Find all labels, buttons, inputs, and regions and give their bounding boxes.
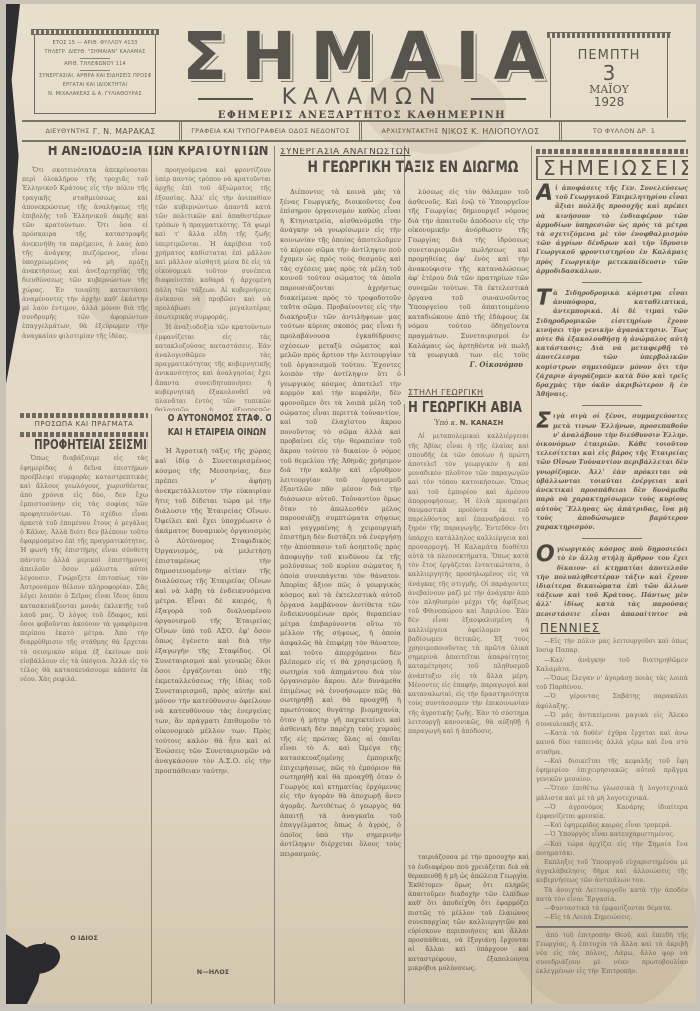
penny-item: —Φανταστικά τὰ ἐμφανίζονται θέματα. xyxy=(536,904,688,913)
lead-col-1: Ὅτι σκοτεινότατα ἀπεκρίνονται περί ὁλοκλ… xyxy=(22,166,148,398)
note-divider xyxy=(582,405,642,406)
penny-item: —Κατὰ τὰ δυθέν' ἐχθρα ἔρχεται καὶ ἀνω κα… xyxy=(536,729,688,757)
info-phone: ΑΡΙΘ. ΤΗΛΕΦΩΝΟΥ 114 xyxy=(39,60,151,69)
penny-item: —Ὁ Ὑπουργὸς εἶναι κατευχαριστημένος. xyxy=(536,830,688,839)
penny-item: —Ὅταν ἑπιθέτω γλωσσικὰ ἢ λογοτεχνικὰ μάλ… xyxy=(536,784,688,802)
note-item: Τὰ Σιδηροδρομικὰ κόμιστρα εἶναι ἀνυπόφορ… xyxy=(536,289,688,399)
drop-cap: Τ xyxy=(536,289,551,309)
wine-signature: Ν—ΗΛΟΣ xyxy=(161,968,265,977)
lead-headline: Η ΑΝΞΙΟΔΟΞΙΑ ΤΩΝ ΚΡΑΤΟΥΝΤΩΝ xyxy=(48,146,245,155)
rule xyxy=(536,926,688,928)
masthead: ΕΤΟΣ 15 — ΑΡΙΘ. ΦΥΛΛΟΥ 4133 ΤΗΛΕΓΡ. ΔΙΕΥ… xyxy=(22,22,692,132)
staff-strip: ΔΙΕΥΘΥΝΤΗΣΓ. Ν. ΜΑΡΑΚΑΣ ΓΡΑΦΕΙΑ ΚΑΙ ΤΥΠΟ… xyxy=(22,120,686,142)
subtitle-rule xyxy=(471,98,526,100)
prophecies-headline: ΠΡΟΦΗΤΕΙΑΙ ΣΕΙΣΜΙΚΑΙ xyxy=(34,441,134,450)
wine-headline-2: ΚΑΙ Η ΕΤΑΙΡΕΙΑ ΟΙΝΩΝ xyxy=(168,426,258,440)
persecution-body-b: λύσεως εἰς τὸν θάλαμον τοῦ ἀσθενοῦς. Καὶ… xyxy=(408,188,529,358)
persecution-headline: Η ΓΕΩΡΓΙΚΗ ΤΑΞΙΣ ΕΝ ΔΙΩΓΜΩ xyxy=(308,157,503,177)
persecution-col-a: Διέποντες τὰ κοινὰ μὰς τὰ ξένας Γεωργικῆ… xyxy=(280,188,401,1004)
penny-item: Εκπληξις τοῦ Ὑπουργοῦ εὐχαριστημένου μὲ … xyxy=(536,858,688,886)
newspaper-subtitle: ΚΑΛΑΜΩΝ xyxy=(282,85,443,110)
notes-title: ΣΗΜΕΙΩΣΕΙΣ xyxy=(536,157,688,179)
prophecies-signature: Ο ΙΔΙΟΣ xyxy=(26,934,142,943)
persecution-kicker: ΣΥΝΕΡΓΑΣΙΑ ΑΝΑΓΝΩΣΤΩΝ xyxy=(280,148,530,157)
pennies-column: ΠΕΝΝΙΕΣ —Εἰς τὴν πόλιν μας λειτουργοῦσι … xyxy=(536,620,688,1004)
drop-cap: Ο xyxy=(536,545,555,565)
persecution-col-b: λύσεως εἰς τὸν θάλαμον τοῦ ἀσθενοῦς. Καὶ… xyxy=(408,188,529,388)
note-item: Ογεωργικὸς κόσμος ποὺ δημοσιεύει τὸ ἐν ἄ… xyxy=(536,545,688,616)
note-text: ἱ ἀποφάσεις τῆς Γεν. Συνελεύσεως τοῦ Γεω… xyxy=(536,185,688,275)
column-rule xyxy=(531,146,532,1004)
wine-article: Ο ΑΥΤΟΝΟΜΟΣ ΣΤΑΦ. ΟΡΓΑΝΙΣΜΟΣ ΚΑΙ Η ΕΤΑΙΡ… xyxy=(155,412,271,1004)
note-divider xyxy=(582,282,642,283)
penny-item: —Εἰς τὰ Λοιπὰ Σημειώσεις. xyxy=(536,913,688,922)
aviation-article: ΣΤΗΛΗ ΓΕΩΡΓΙΚΗ Η ΓΕΩΡΓΙΚΗ ΑΒΙΑ Ὑπὸ κ. Ν.… xyxy=(408,388,529,1004)
notes-header: ΣΗΜΕΙΩΣΕΙΣ xyxy=(536,156,688,180)
editor: ΑΡΧΙΣΥΝΤΑΚΤΗΣΝΙΚΟΣ Κ. ΗΛΙΟΠΟΥΛΟΣ xyxy=(362,122,562,140)
date-box: ΠΕΜΠΤΗ 3 ΜΑΪΟΥ 1928 xyxy=(550,38,668,118)
director-name: Γ. Ν. ΜΑΡΑΚΑΣ xyxy=(93,127,156,136)
byline-prefix: Ὑπὸ κ. xyxy=(434,419,458,427)
column-rule xyxy=(274,146,275,1004)
persecution-body-a: Διέποντες τὰ κοινὰ μὰς τὰ ξένας Γεωργικῆ… xyxy=(280,188,401,860)
penny-item: —Καὶ διοικεῖται τῆς κεφαλῆς τοῦ ἔφη ἐφημ… xyxy=(536,757,688,785)
penny-item: Τὰ ἀνοιχτὰ Λειτουργοῦν κατὰ τὴν ἀποδὲν κ… xyxy=(536,886,688,904)
aviation-body: Αἱ μεταπολεμικαὶ καλλιέργειαι τῆς Ἀβίας … xyxy=(408,432,529,852)
info-issue: ΕΤΟΣ 15 — ΑΡΙΘ. ΦΥΛΛΟΥ 4133 xyxy=(39,39,151,48)
aviation-kicker: ΣΤΗΛΗ ΓΕΩΡΓΙΚΗ xyxy=(408,388,529,397)
pennies-title: ΠΕΝΝΙΕΣ xyxy=(540,624,688,633)
editor-name: ΝΙΚΟΣ Κ. ΗΛΙΟΠΟΥΛΟΣ xyxy=(442,127,540,136)
aviation-body-end: ταιριάζουσα μὲ τὴν προσοχὴν καὶ τὸ ἐνδια… xyxy=(408,853,529,973)
pennies-tail: ἀπὸ τοῦ ἐπιτροπήν Θεοῦ, καὶ ἐπειδὴ τῆς Γ… xyxy=(536,931,688,977)
info-owners: Ν. ΜΙΧΑΛΑΚΕΑΣ & Α. ΓΥΛΙΑΘΟΥΡΑΣ xyxy=(39,90,151,99)
lead-col-2: προηγούμενα καὶ φροντίζουν ὑπὲρ παντὸς τ… xyxy=(155,166,271,411)
persecution-signature: Γ. Οἰκονόμου xyxy=(414,360,523,369)
penny-item: —Ὁ ἀγρονόμος Κανάρης ἰδιαίτερα ἐμφανίζετ… xyxy=(536,803,688,821)
info-contributions: ΣΥΝΕΡΓΑΣΙΑΙ, ΑΡΘΡΑ ΚΑΙ ΕΙΔΗΣΕΙΣ ΠΡΟΣΦΙΛΩ… xyxy=(39,72,151,81)
byline-name: Ν. ΚΑΝΑΣΗ xyxy=(460,419,504,427)
penny-item: —Εἰς τὴν πόλιν μας λειτουργοῦσι καὶ ὁπως… xyxy=(536,637,688,655)
penny-item: —Ὁ μάς ἀντικείμεναι μαγικὰ εἰς Ἀλεκο συν… xyxy=(536,711,688,729)
penny-item: —Ὁ γέροντας Σαβάτης παρακάλει ἀφύλαξης. xyxy=(536,692,688,710)
director-label: ΔΙΕΥΘΥΝΤΗΣ xyxy=(45,127,89,135)
note-item: Σιγὰ σιγὰ οἱ ξένοι, συμμαχεύοντες μετὰ τ… xyxy=(536,412,688,532)
lead-headline-wrap: Η ΑΝΞΙΟΔΟΞΙΑ ΤΩΝ ΚΡΑΤΟΥΝΤΩΝ xyxy=(20,146,272,155)
torn-edge xyxy=(6,4,20,384)
penny-item: —Ὅπως ἔλεγαν ν' ἀγοράσῃ ποιὰς τὰς λοιπὰ … xyxy=(536,674,688,692)
aviation-headline: Η ΓΕΩΡΓΙΚΗ ΑΒΙΑ xyxy=(408,397,502,417)
column-rule xyxy=(404,146,405,376)
newspaper-page: ΕΤΟΣ 15 — ΑΡΙΘ. ΦΥΛΛΟΥ 4133 ΤΗΛΕΓΡ. ΔΙΕΥ… xyxy=(6,4,696,1004)
prophecies-article: ΠΡΟΣΩΠΑ ΚΑΙ ΠΡΑΓΜΑΤΑ ΠΡΟΦΗΤΕΙΑΙ ΣΕΙΣΜΙΚΑ… xyxy=(20,410,148,1004)
note-text: ιγὰ σιγὰ οἱ ξένοι, συμμαχεύοντες μετὰ τι… xyxy=(536,413,688,530)
column-rule xyxy=(151,146,152,386)
editor-label: ΑΡΧΙΣΥΝΤΑΚΤΗΣ xyxy=(382,127,439,135)
penny-item: —Καὶ ἐφημερίδες καιρὸς εἶναι τρομερά. xyxy=(536,821,688,830)
subtitle-row: ΚΑΛΑΜΩΝ xyxy=(182,86,542,108)
penny-item: —Καὶ τώρα ἀρχίζει εἰς τὴν Σημαία ἕνα ποι… xyxy=(536,840,688,858)
lead-body-1: Ὅτι σκοτεινότατα ἀπεκρίνονται περί ὁλοκλ… xyxy=(22,166,148,341)
offices: ΓΡΑΦΕΙΑ ΚΑΙ ΤΥΠΟΓΡΑΦΕΙΑ ΟΔΟΣ ΝΕΔΟΝΤΟΣ xyxy=(182,122,362,140)
wine-headline-1: Ο ΑΥΤΟΝΟΜΟΣ ΣΤΑΦ. ΟΡΓΑΝΙΣΜΟΣ xyxy=(168,412,258,426)
ornament-rule xyxy=(20,432,148,437)
lead-body-3: Ἡ ἀναξιοδοξία τῶν κρατούντων ἐμφανίζεται… xyxy=(155,323,271,411)
wine-body: Ἡ Ἀγροτικὴ τάξις τῆς χώρας καὶ ἰδίᾳ ὁ Συ… xyxy=(155,446,271,966)
director: ΔΙΕΥΘΥΝΤΗΣΓ. Ν. ΜΑΡΑΚΑΣ xyxy=(22,122,182,140)
day-number: 3 xyxy=(551,63,667,83)
note-divider xyxy=(582,538,642,539)
pennies-list: —Εἰς τὴν πόλιν μας λειτουργοῦσι καὶ ὁπως… xyxy=(536,637,688,922)
notes-list: Αἱ ἀποφάσεις τῆς Γεν. Συνελεύσεως τοῦ Γε… xyxy=(536,184,688,616)
prophecies-body: Ὅπως διαβάζουμε εἰς τὰς ἐφημερίδας ὁ δεῖ… xyxy=(20,454,148,932)
drop-cap: Σ xyxy=(536,412,551,432)
note-text: ὰ Σιδηροδρομικὰ κόμιστρα εἶναι ἀνυπόφορα… xyxy=(536,290,688,398)
publication-info-box: ΕΤΟΣ 15 — ΑΡΙΘ. ΦΥΛΛΟΥ 4133 ΤΗΛΕΓΡ. ΔΙΕΥ… xyxy=(34,34,156,114)
column-rule xyxy=(404,404,405,1004)
aviation-byline: Ὑπὸ κ. Ν. ΚΑΝΑΣΗ xyxy=(408,419,529,428)
lead-body-2: προηγούμενα καὶ φροντίζουν ὑπὲρ παντὸς τ… xyxy=(155,166,271,322)
newspaper-title: ΣΗΜΑΙΑ xyxy=(182,26,542,88)
note-item: Αἱ ἀποφάσεις τῆς Γεν. Συνελεύσεως τοῦ Γε… xyxy=(536,184,688,276)
drop-cap: Α xyxy=(536,184,553,204)
prophecies-kicker: ΠΡΟΣΩΠΑ ΚΑΙ ΠΡΑΓΜΑΤΑ xyxy=(20,420,148,429)
ornament-rule xyxy=(536,149,688,154)
price: ΤΟ ΦΥΛΛΟΝ ΔΡ. 1 xyxy=(562,122,686,140)
info-telegraph: ΤΗΛΕΓΡ. ΔΙΕΥΘ. "ΣΗΜΑΙΑΝ" ΚΑΛΑΜΑΣ xyxy=(39,48,151,57)
note-text: γεωργικὸς κόσμος ποὺ δημοσιεύει τὸ ἐν ἄλ… xyxy=(536,546,688,616)
notes-column: ΣΗΜΕΙΩΣΕΙΣ Αἱ ἀποφάσεις τῆς Γεν. Συνελεύ… xyxy=(536,146,688,616)
info-owners-label: ΕΡΓΑΤΑΙ ΚΑΙ ΙΔΙΟΚΤΗΤΑΙ xyxy=(39,81,151,90)
column-rule xyxy=(151,414,152,1004)
persecution-head: ΣΥΝΕΡΓΑΣΙΑ ΑΝΑΓΝΩΣΤΩΝ Η ΓΕΩΡΓΙΚΗ ΤΑΞΙΣ Ε… xyxy=(280,148,530,177)
year: 1928 xyxy=(551,96,667,108)
penny-item: —Καλ' ἀνάγκην τοῦ διατηρηθῶμεν Καλαμάτα. xyxy=(536,656,688,674)
ornament-rule xyxy=(20,413,148,418)
subtitle-rule xyxy=(198,98,253,100)
